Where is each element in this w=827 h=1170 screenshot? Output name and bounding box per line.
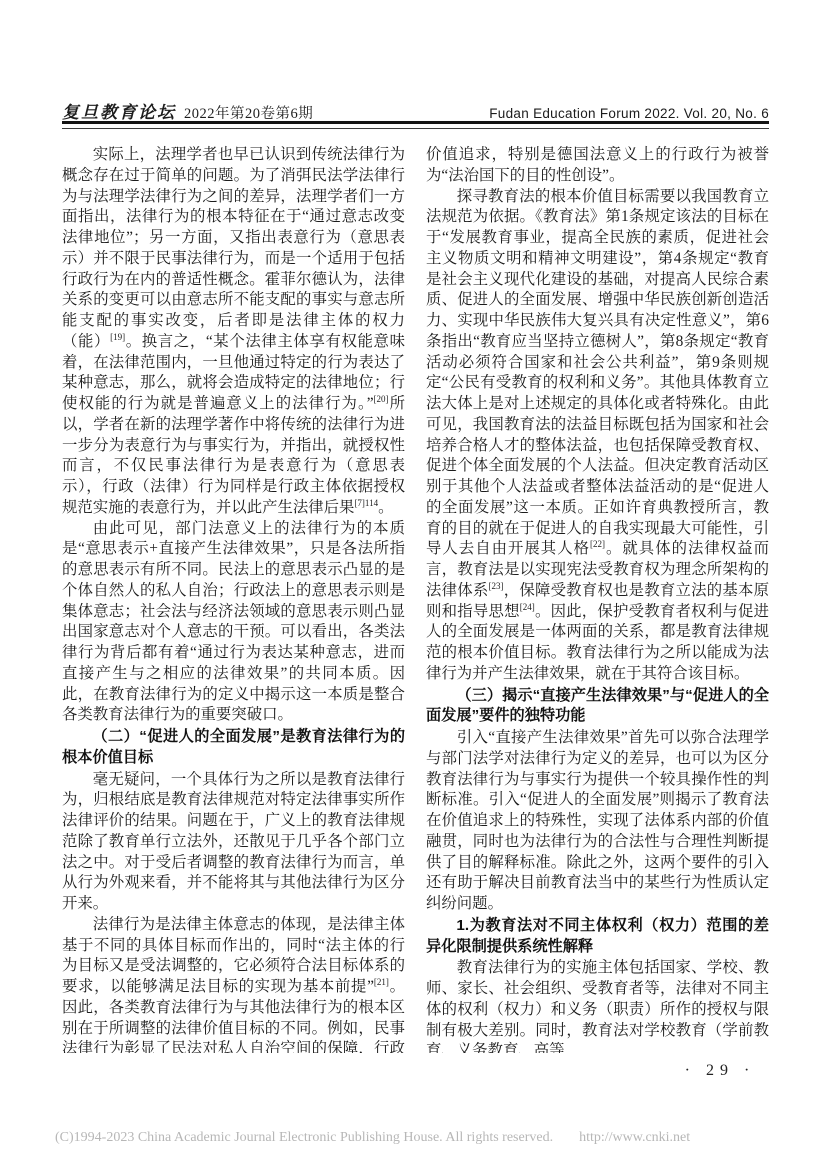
page-number: · 29 ·	[660, 1062, 780, 1080]
journal-title-cn: 复旦教育论坛	[62, 103, 176, 122]
section-heading-2: （二）“促进人的全面发展”是教育法律行为的根本价值目标	[62, 727, 405, 769]
header-rule-thin	[62, 128, 769, 129]
paragraph: 毫无疑问，一个具体行为之所以是教育法律行为，归根结底是教育法律规范对特定法律事实…	[62, 770, 405, 915]
paragraph: 实际上，法理学者也早已认识到传统法律行为概念存在过于简单的问题。为了消弭民法学法…	[62, 145, 405, 519]
paragraph-continuation: 价值追求，特别是德国法意义上的行政行为被誉为“法治国下的目的性创设”。	[426, 145, 769, 187]
journal-title-en: Fudan Education Forum 2022. Vol. 20, No.…	[489, 106, 769, 121]
left-column: 实际上，法理学者也早已认识到传统法律行为概念存在过于简单的问题。为了消弭民法学法…	[62, 145, 405, 1053]
paper-page: 复旦教育论坛2022年第20卷第6期 Fudan Education Forum…	[0, 0, 827, 1170]
journal-issue-cn: 2022年第20卷第6期	[184, 106, 313, 122]
paragraph: 教育法律行为的实施主体包括国家、学校、教师、家长、社会组织、受教育者等，法律对不…	[426, 958, 769, 1053]
paragraph: 探寻教育法的根本价值目标需要以我国教育立法规范为依据。《教育法》第1条规定该法的…	[426, 187, 769, 685]
copyright-text: (C)1994-2023 China Academic Journal Elec…	[55, 1130, 553, 1145]
journal-info-cn: 复旦教育论坛2022年第20卷第6期	[62, 98, 313, 123]
header-rule-thick	[62, 121, 769, 124]
section-heading-3: （三）揭示“直接产生法律效果”与“促进人的全面发展”要件的独特功能	[426, 686, 769, 728]
subsection-heading-1: 1.为教育法对不同主体权利（权力）范围的差异化限制提供系统性解释	[426, 916, 769, 958]
right-column: 价值追求，特别是德国法意义上的行政行为被誉为“法治国下的目的性创设”。 探寻教育…	[426, 145, 769, 1053]
page-header: 复旦教育论坛2022年第20卷第6期 Fudan Education Forum…	[62, 98, 769, 123]
article-body: 实际上，法理学者也早已认识到传统法律行为概念存在过于简单的问题。为了消弭民法学法…	[62, 145, 769, 1053]
paragraph: 法律行为是法律主体意志的体现，是法律主体基于不同的具体目标而作出的，同时“法主体…	[62, 915, 405, 1053]
paragraph: 引入“直接产生法律效果”首先可以弥合法理学与部门法学对法律行为定义的差异，也可以…	[426, 728, 769, 915]
cnki-url: http://www.cnki.net	[579, 1130, 690, 1145]
paragraph: 由此可见，部门法意义上的法律行为的本质是“意思表示+直接产生法律效果”，只是各法…	[62, 519, 405, 727]
copyright-footer: (C)1994-2023 China Academic Journal Elec…	[55, 1130, 815, 1146]
